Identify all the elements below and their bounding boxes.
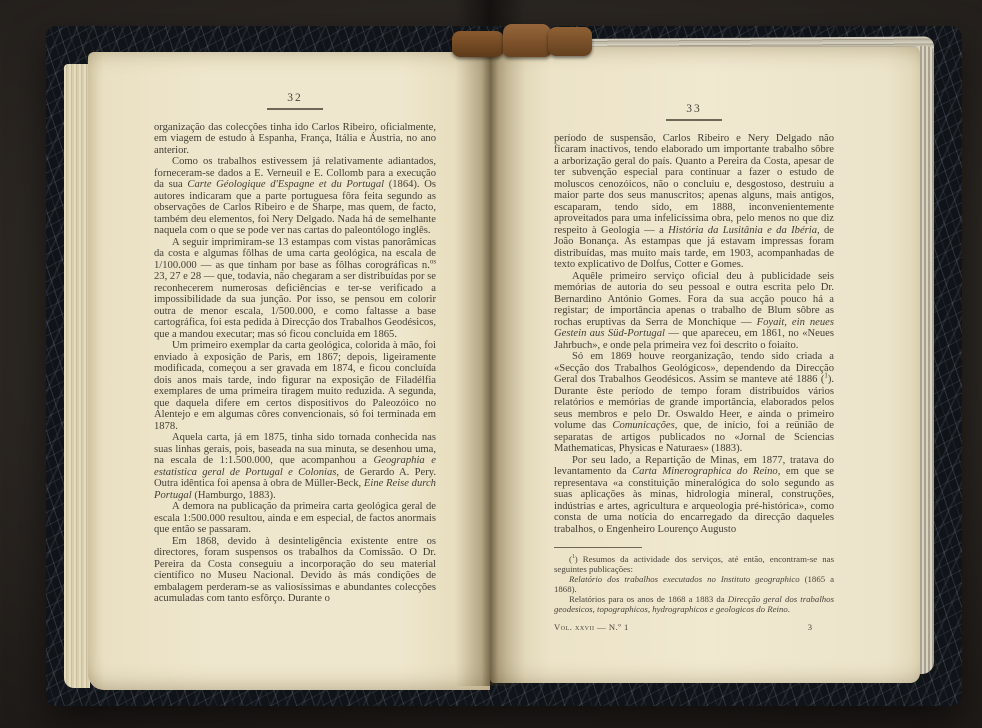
paragraph: Relatórios para os anos de 1868 a 1883 d… xyxy=(554,594,834,614)
page-32-text: organização das colecções tinha ido Carl… xyxy=(154,122,436,605)
page-number-rule-right xyxy=(666,119,722,121)
paragraph: Um primeiro exemplar da carta geológica,… xyxy=(154,340,436,432)
paragraph: período de suspensão, Carlos Ribeiro e N… xyxy=(554,133,834,271)
page-edges-left xyxy=(64,64,90,688)
page-footer: Vol. xxvii — N.º 1 3 xyxy=(554,622,834,632)
paragraph: Aquêle primeiro serviço oficial deu à pu… xyxy=(554,271,834,352)
paragraph: organização das colecções tinha ido Carl… xyxy=(154,122,436,157)
page-32-header: 32 xyxy=(154,92,436,110)
paragraph: (1) Resumos da actividade dos serviços, … xyxy=(554,554,834,574)
page-number-left: 32 xyxy=(154,92,436,104)
book-photo: 32 organização das colecções tinha ido C… xyxy=(0,0,982,728)
paragraph: Só em 1869 houve reorganização, tendo si… xyxy=(554,351,834,455)
volume-label: Vol. xxvii — N.º 1 xyxy=(554,622,629,632)
page-number-rule-left xyxy=(267,108,323,110)
page-33-header: 33 xyxy=(554,103,834,121)
headband-left xyxy=(452,31,504,57)
paragraph: Relatório dos trabalhos executados no In… xyxy=(554,574,834,594)
headband-right xyxy=(548,27,592,56)
paragraph: A demora na publicação da primeira carta… xyxy=(154,501,436,536)
paragraph: Como os trabalhos estivessem já relativa… xyxy=(154,156,436,237)
page-33: 33 período de suspensão, Carlos Ribeiro … xyxy=(490,46,920,683)
paragraph: Aquela carta, já em 1875, tinha sido tor… xyxy=(154,432,436,501)
paragraph: Em 1868, devido à desinteligência existe… xyxy=(154,536,436,605)
paragraph: A seguir imprimiram-se 13 estampas com v… xyxy=(154,237,436,341)
page-32-content: 32 organização das colecções tinha ido C… xyxy=(154,92,436,605)
footnote-rule xyxy=(554,547,642,548)
footnote: (1) Resumos da actividade dos serviços, … xyxy=(554,554,834,614)
page-33-text: período de suspensão, Carlos Ribeiro e N… xyxy=(554,133,834,536)
page-33-content: 33 período de suspensão, Carlos Ribeiro … xyxy=(554,103,834,632)
headband-middle xyxy=(503,24,551,57)
signature-mark: 3 xyxy=(808,622,812,632)
page-number-right: 33 xyxy=(554,103,834,115)
page-32: 32 organização das colecções tinha ido C… xyxy=(88,52,490,690)
paragraph: Por seu lado, a Repartição de Minas, em … xyxy=(554,455,834,536)
page-edges-right xyxy=(918,46,934,674)
